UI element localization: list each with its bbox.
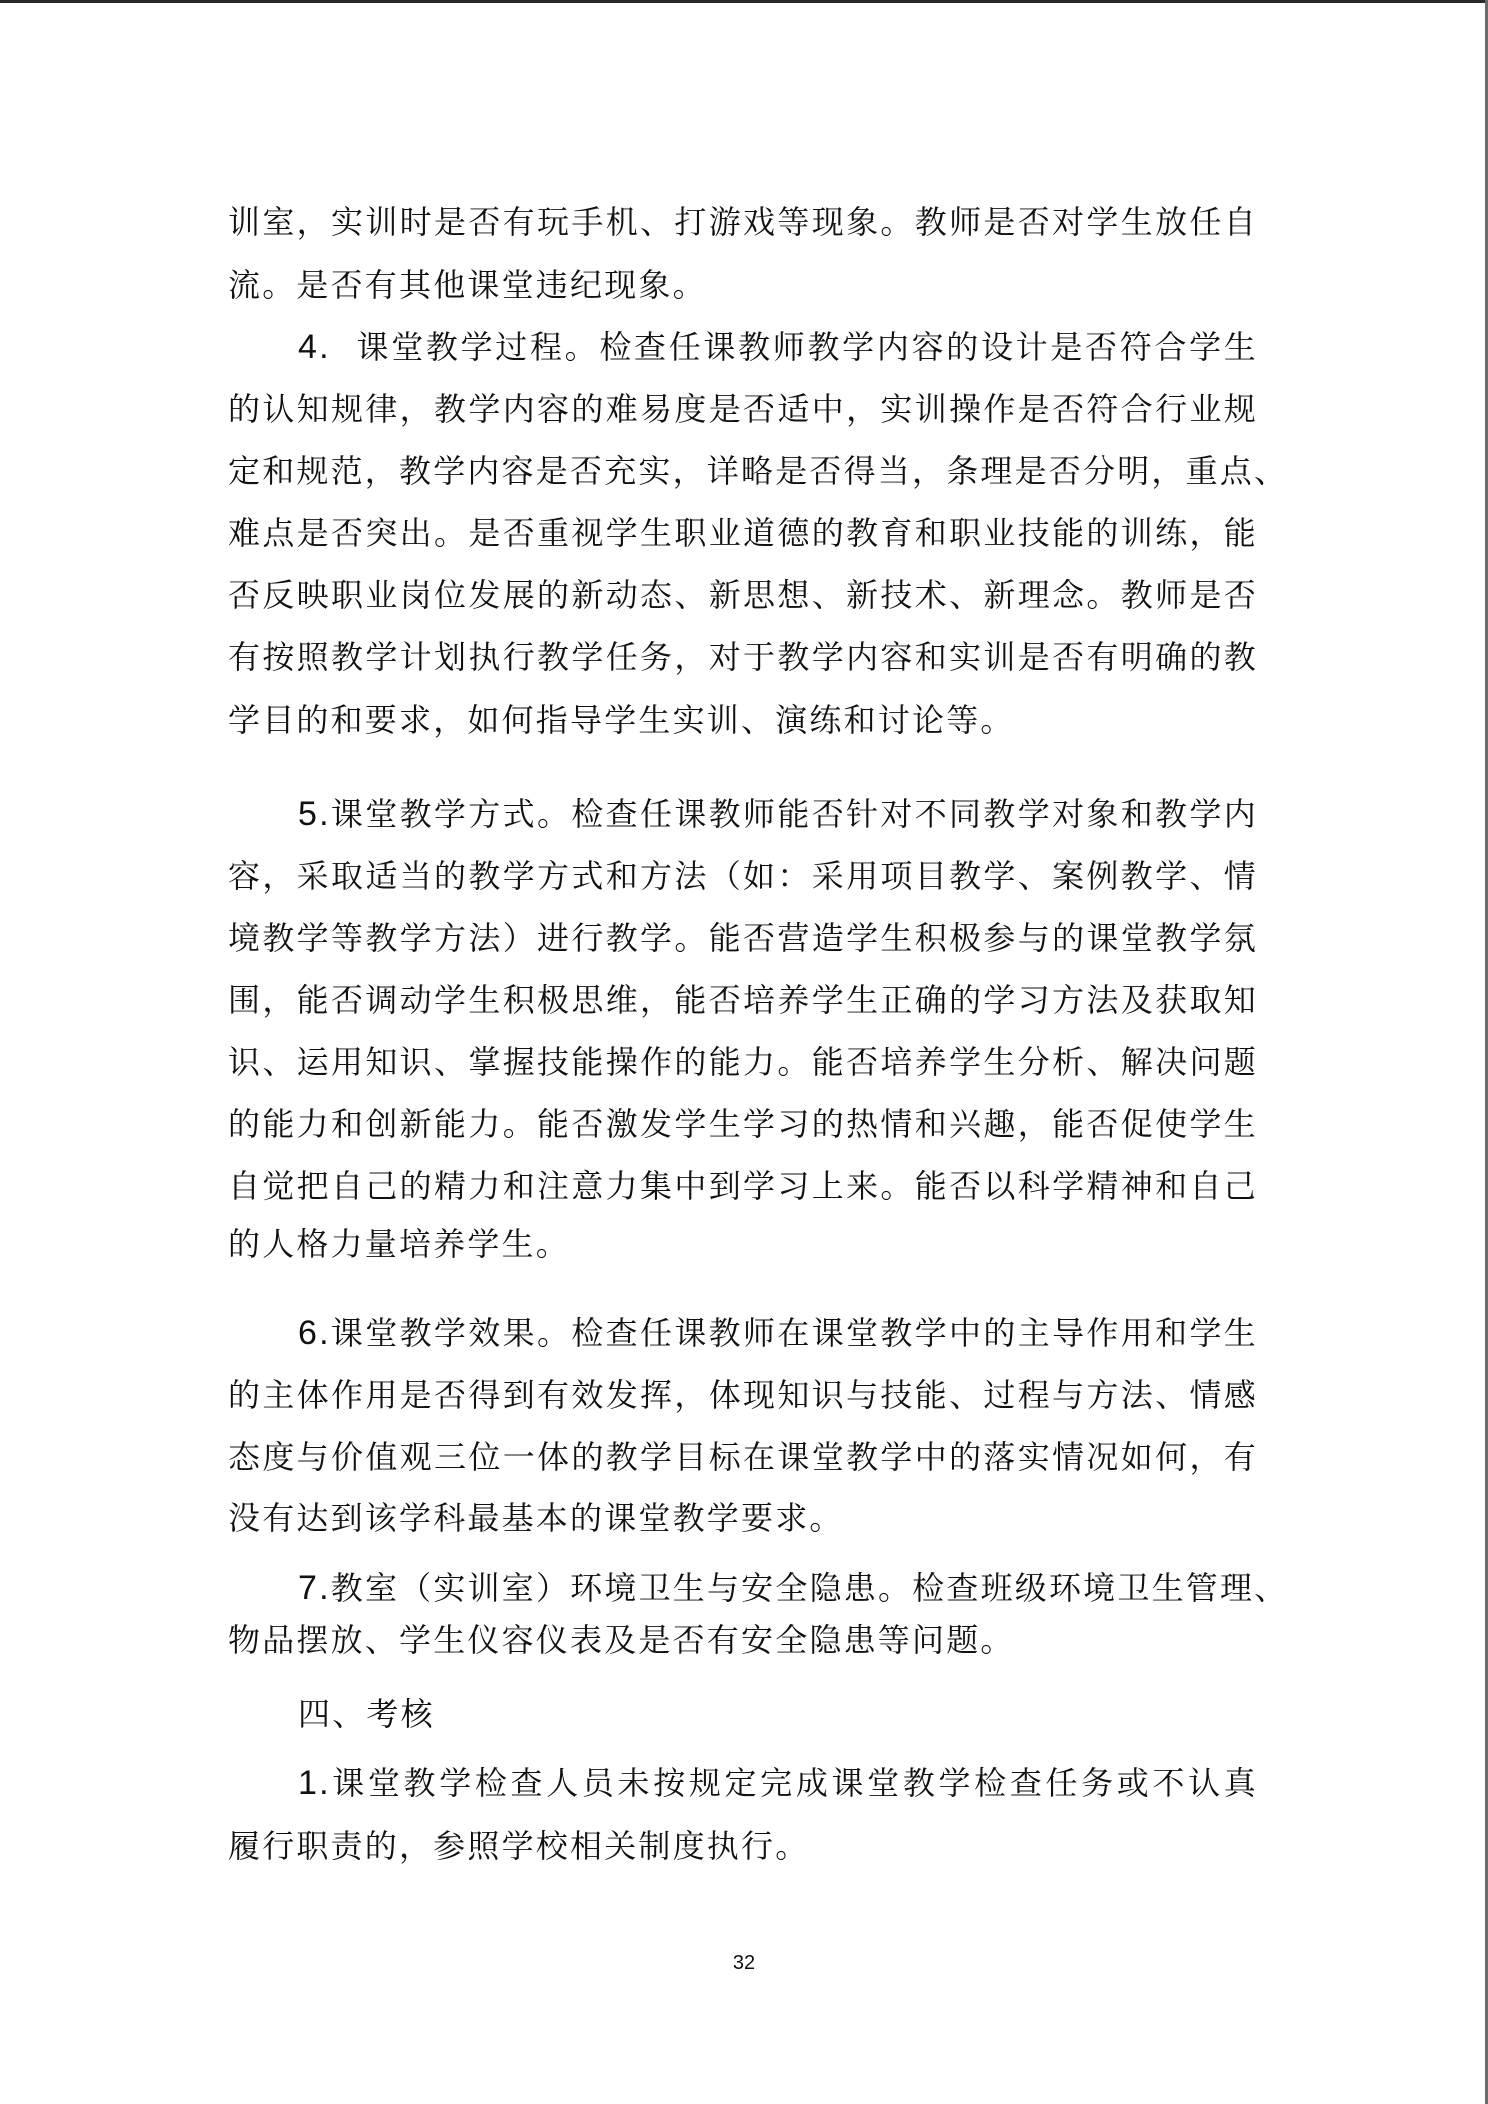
item-number: 1. (298, 1764, 331, 1802)
section-heading: 四、考核 (298, 1694, 1258, 1734)
item-4-first-line: 4. 课堂教学过程。检查任课教师教学内容的设计是否符合学生 (298, 327, 1258, 367)
item-number: 6. (298, 1314, 331, 1352)
item-5-first-line: 5.课堂教学方式。检查任课教师能否针对不同教学对象和教学内 (298, 794, 1258, 834)
paragraph-line: 有按照教学计划执行教学任务，对于教学内容和实训是否有明确的教 (228, 637, 1258, 677)
paragraph-line: 物品摆放、学生仪容仪表及是否有安全隐患等问题。 (228, 1620, 1258, 1660)
paragraph-line: 自觉把自己的精力和注意力集中到学习上来。能否以科学精神和自己 (228, 1166, 1258, 1206)
assessment-item-1-first-line: 1.课堂教学检查人员未按规定完成课堂教学检查任务或不认真 (298, 1763, 1258, 1803)
item-6-first-line: 6.课堂教学效果。检查任课教师在课堂教学中的主导作用和学生 (298, 1313, 1258, 1353)
paragraph-line: 境教学等教学方法）进行教学。能否营造学生积极参与的课堂教学氛 (228, 918, 1258, 958)
page-number: 32 (0, 1952, 1488, 1975)
paragraph-line: 学目的和要求，如何指导学生实训、演练和讨论等。 (228, 700, 1258, 740)
item-number: 7. (298, 1569, 331, 1607)
paragraph-line: 的认知规律，教学内容的难易度是否适中，实训操作是否符合行业规 (228, 389, 1258, 429)
paragraph-line: 训室，实训时是否有玩手机、打游戏等现象。教师是否对学生放任自 (228, 202, 1258, 242)
item-number: 4. (298, 328, 331, 366)
item-4-title: 课堂教学过程。检查任课教师教学内容的设计是否符合学生 (357, 328, 1259, 366)
item-6-title: 课堂教学效果。检查任课教师在课堂教学中的主导作用和学生 (331, 1314, 1258, 1352)
paragraph-line: 的能力和创新能力。能否激发学生学习的热情和兴趣，能否促使学生 (228, 1104, 1258, 1144)
paragraph-line: 围，能否调动学生积极思维，能否培养学生正确的学习方法及获取知 (228, 980, 1258, 1020)
item-number: 5. (298, 795, 331, 833)
paragraph-line: 容，采取适当的教学方式和方法（如：采用项目教学、案例教学、情 (228, 856, 1258, 896)
paragraph-line: 态度与价值观三位一体的教学目标在课堂教学中的落实情况如何，有 (228, 1437, 1258, 1477)
paragraph-line: 履行职责的，参照学校相关制度执行。 (228, 1826, 1258, 1866)
item-7-first-line: 7.教室（实训室）环境卫生与安全隐患。检查班级环境卫生管理、 (298, 1568, 1258, 1608)
assessment-item-1-text: 课堂教学检查人员未按规定完成课堂教学检查任务或不认真 (331, 1764, 1258, 1802)
paragraph-line: 识、运用知识、掌握技能操作的能力。能否培养学生分析、解决问题 (228, 1042, 1258, 1082)
paragraph-line: 难点是否突出。是否重视学生职业道德的教育和职业技能的训练，能 (228, 513, 1258, 553)
paragraph-line: 流。是否有其他课堂违纪现象。 (228, 265, 1258, 305)
item-5-title: 课堂教学方式。检查任课教师能否针对不同教学对象和教学内 (331, 795, 1258, 833)
paragraph-line: 的主体作用是否得到有效发挥，体现知识与技能、过程与方法、情感 (228, 1375, 1258, 1415)
paragraph-line: 的人格力量培养学生。 (228, 1224, 1258, 1264)
page-border-top (0, 0, 1488, 3)
paragraph-line: 定和规范，教学内容是否充实，详略是否得当，条理是否分明，重点、 (228, 451, 1258, 491)
item-7-title: 教室（实训室）环境卫生与安全隐患。检查班级环境卫生管理、 (331, 1569, 1289, 1607)
paragraph-line: 没有达到该学科最基本的课堂教学要求。 (228, 1498, 1258, 1538)
paragraph-line: 否反映职业岗位发展的新动态、新思想、新技术、新理念。教师是否 (228, 575, 1258, 615)
